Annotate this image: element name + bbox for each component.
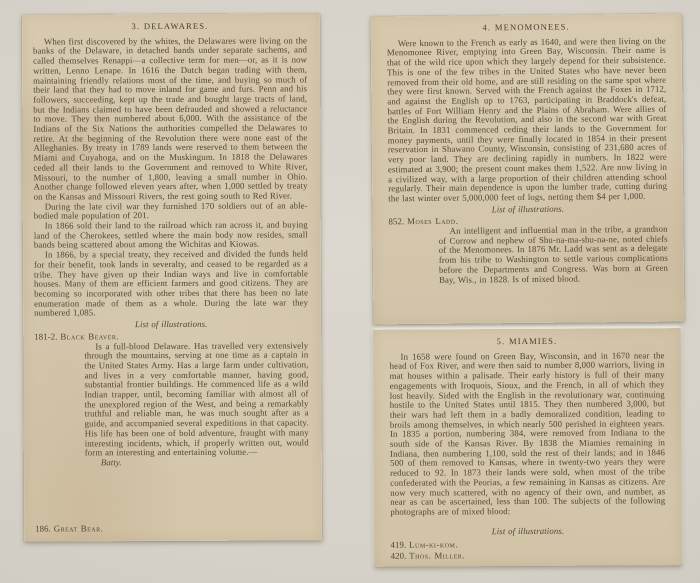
entry-number: 419. [390,539,406,549]
body-paragraph: In 1866, by a special treaty, they recei… [34,250,308,319]
entry-line: 420. Thos. Miller. [391,551,666,562]
entry-attribution: Batty. [101,457,309,468]
entry-name: Black Beaver. [60,331,119,341]
entry-line: 419. Lum-ki-kom. [390,539,665,550]
entry-number: 181-2. [34,331,57,341]
body-paragraph: In 1658 were found on Green Bay, Wiscons… [390,351,666,517]
illustrations-list-title: List of illustrations. [388,203,667,215]
clipping-delawares: 3. DELAWARES. When first discovered by t… [22,13,322,541]
entry-name: Lum-ki-kom. [409,539,458,549]
illustrations-list-title: List of illustrations. [390,526,665,537]
entry-name: Thos. Miller. [409,551,465,561]
body-paragraph: During the late civil war they furnished… [34,201,308,222]
body-paragraph: In 1866 sold their land to the railroad … [34,220,308,250]
entry-number: 420. [391,551,407,561]
album-page: 3. DELAWARES. When first discovered by t… [0,0,700,583]
illustrations-footer: List of illustrations. 419. Lum-ki-kom. … [390,524,665,562]
clipping-miamies: 5. MIAMIES. In 1658 were found on Green … [373,328,681,567]
entry-name: Great Bear. [54,524,104,534]
section-heading: 4. MENOMONEES. [387,22,666,34]
body-paragraph: When first discovered by the whites, the… [33,36,308,202]
entry-number: 852. [388,217,404,227]
clipping-menomonees: 4. MENOMONEES. Were known to the French … [371,14,685,325]
illustrations-list-title: List of illustrations. [34,319,308,330]
body-paragraph: Were known to the French as early as 164… [387,36,668,204]
section-heading: 3. DELAWARES. [33,21,307,32]
entry-description: An intelligent and influential man in th… [439,225,669,285]
entry-description: Is a full-blood Delaware. Has travelled … [84,341,309,458]
entry-line: 186. Great Bear. [35,525,103,535]
section-heading: 5. MIAMIES. [389,336,664,347]
entry-number: 186. [35,524,51,534]
